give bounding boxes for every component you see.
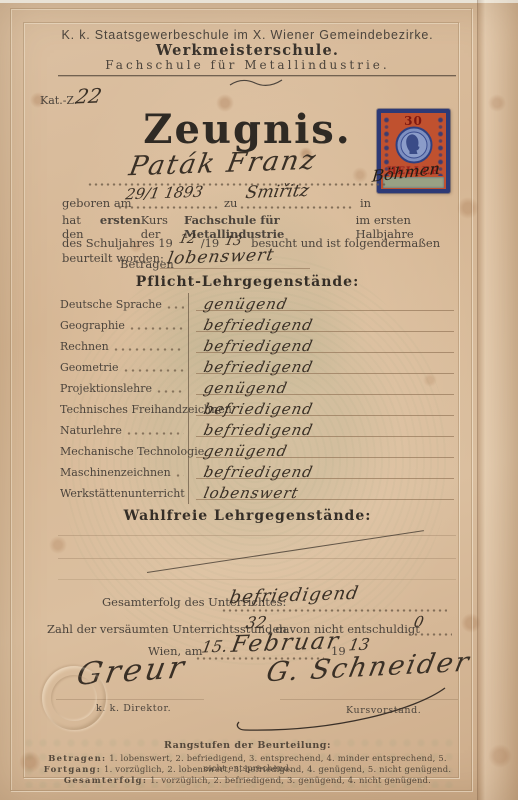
subject-name: Naturlehre (60, 425, 122, 436)
subject-grade: genügend (202, 442, 289, 460)
subject-grade: befriedigend (202, 421, 315, 439)
dotted-leader (157, 390, 184, 393)
school-type: Werkmeisterschule. (40, 42, 455, 59)
issue-day: 15. (200, 637, 229, 657)
dotted-leader (176, 474, 184, 477)
document-title: Zeugnis. (40, 106, 455, 153)
legend-label: Gesamterfolg: (64, 775, 147, 785)
dotted-leader (124, 369, 184, 372)
embossed-seal (42, 666, 106, 730)
birth-place-line (240, 206, 352, 209)
subject-name: Geographie (60, 320, 125, 331)
subject-grade: befriedigend (202, 400, 315, 418)
blank-rule-3 (58, 579, 456, 580)
legend-text: 1. vorzüglich, 2. befriedigend, 3. genüg… (150, 775, 431, 785)
school-name: K. k. Staatsgewerbeschule im X. Wiener G… (40, 28, 455, 42)
certificate: K. k. Staatsgewerbeschule im X. Wiener G… (0, 0, 518, 800)
unexcused-value: 0 (412, 613, 425, 631)
in-label: in (360, 196, 371, 210)
unexcused-line (408, 633, 452, 636)
subject-grade: befriedigend (202, 463, 315, 481)
subject-grade: genügend (202, 379, 289, 397)
schoolyear-hand-1: 12 (177, 232, 197, 247)
embossed-seal-inner (51, 675, 97, 721)
dotted-leader (130, 327, 184, 330)
subject-grade: befriedigend (202, 316, 315, 334)
schoolyear-label: des Schuljahres 19 (62, 236, 173, 250)
legend-label: Fortgang: (44, 764, 101, 774)
subject-row: Geographie befriedigend (60, 313, 456, 334)
subject-name: Deutsche Sprache (60, 299, 162, 310)
strike-through-line (147, 530, 424, 573)
signature-flourish (215, 680, 465, 740)
legend-row-fortgang: Fortgang: 1. vorzüglich, 2. lobenswert, … (40, 764, 455, 774)
legend-title: Rangstufen der Beurteilung: (40, 740, 455, 751)
subject-name: Mechanische Technologie (60, 446, 204, 457)
dotted-leader (127, 432, 184, 435)
subject-row: Mechanische Technologie genügend (60, 439, 456, 460)
subject-row: Technisches Freihandzeichnen befriedigen… (60, 397, 456, 418)
subject-row: Geometrie befriedigend (60, 355, 456, 376)
subject-row: Deutsche Sprache genügend (60, 292, 456, 313)
subject-grade: befriedigend (202, 337, 315, 355)
conduct-grade: lobenswert (166, 245, 276, 269)
dotted-leader (114, 348, 184, 351)
subject-row: Werkstättenunterricht lobenswert (60, 481, 456, 502)
dotted-leader (167, 306, 184, 309)
subject-grade: lobenswert (202, 484, 300, 502)
legend-row-gesamterfolg: Gesamterfolg: 1. vorzüglich, 2. befriedi… (40, 775, 455, 785)
conduct-line (160, 268, 310, 269)
legend-text: 1. vorzüglich, 2. lobenswert, 3. befried… (104, 764, 451, 774)
subject-row: Rechnen befriedigend (60, 334, 456, 355)
student-name: Paták Franz (127, 145, 320, 182)
birth-date-line (118, 206, 218, 209)
zu-label: zu (224, 196, 237, 210)
subject-name: Geometrie (60, 362, 119, 373)
birth-place: Smiřitz (244, 181, 311, 203)
subject-name: Rechnen (60, 341, 109, 352)
subject-row: Maschinenzeichnen befriedigend (60, 460, 456, 481)
optional-heading: Wahlfreie Lehrgegenstände: (40, 508, 455, 524)
subject-name: Maschinenzeichnen (60, 467, 171, 478)
catalogue-number-value: 22 (74, 84, 104, 109)
subject-row: Naturlehre befriedigend (60, 418, 456, 439)
missed-hours-value: 32 (244, 613, 268, 633)
school-branch: Fachschule für Metallindustrie. (40, 58, 455, 72)
blank-rule-2 (58, 558, 456, 559)
overall-line (222, 609, 447, 612)
overall-grade: befriedigend (228, 583, 361, 608)
director-title: k. k. Direktor. (96, 703, 171, 714)
subject-name: Projektionslehre (60, 383, 152, 394)
header-flourish (228, 76, 284, 90)
subject-grade: genügend (202, 295, 289, 313)
subject-row: Projektionslehre genügend (60, 376, 456, 397)
subject-table: Deutsche Sprache genügend Geographie bef… (60, 292, 456, 502)
legend-label: Betragen: (48, 753, 106, 763)
birth-date: 29/1 1893 (124, 183, 204, 204)
course-p2: ersten (100, 213, 141, 227)
subject-grade: befriedigend (202, 358, 315, 376)
compulsory-heading: Pflicht-Lehrgegenstände: (40, 274, 455, 290)
subject-name: Werkstättenunterricht (60, 488, 185, 499)
